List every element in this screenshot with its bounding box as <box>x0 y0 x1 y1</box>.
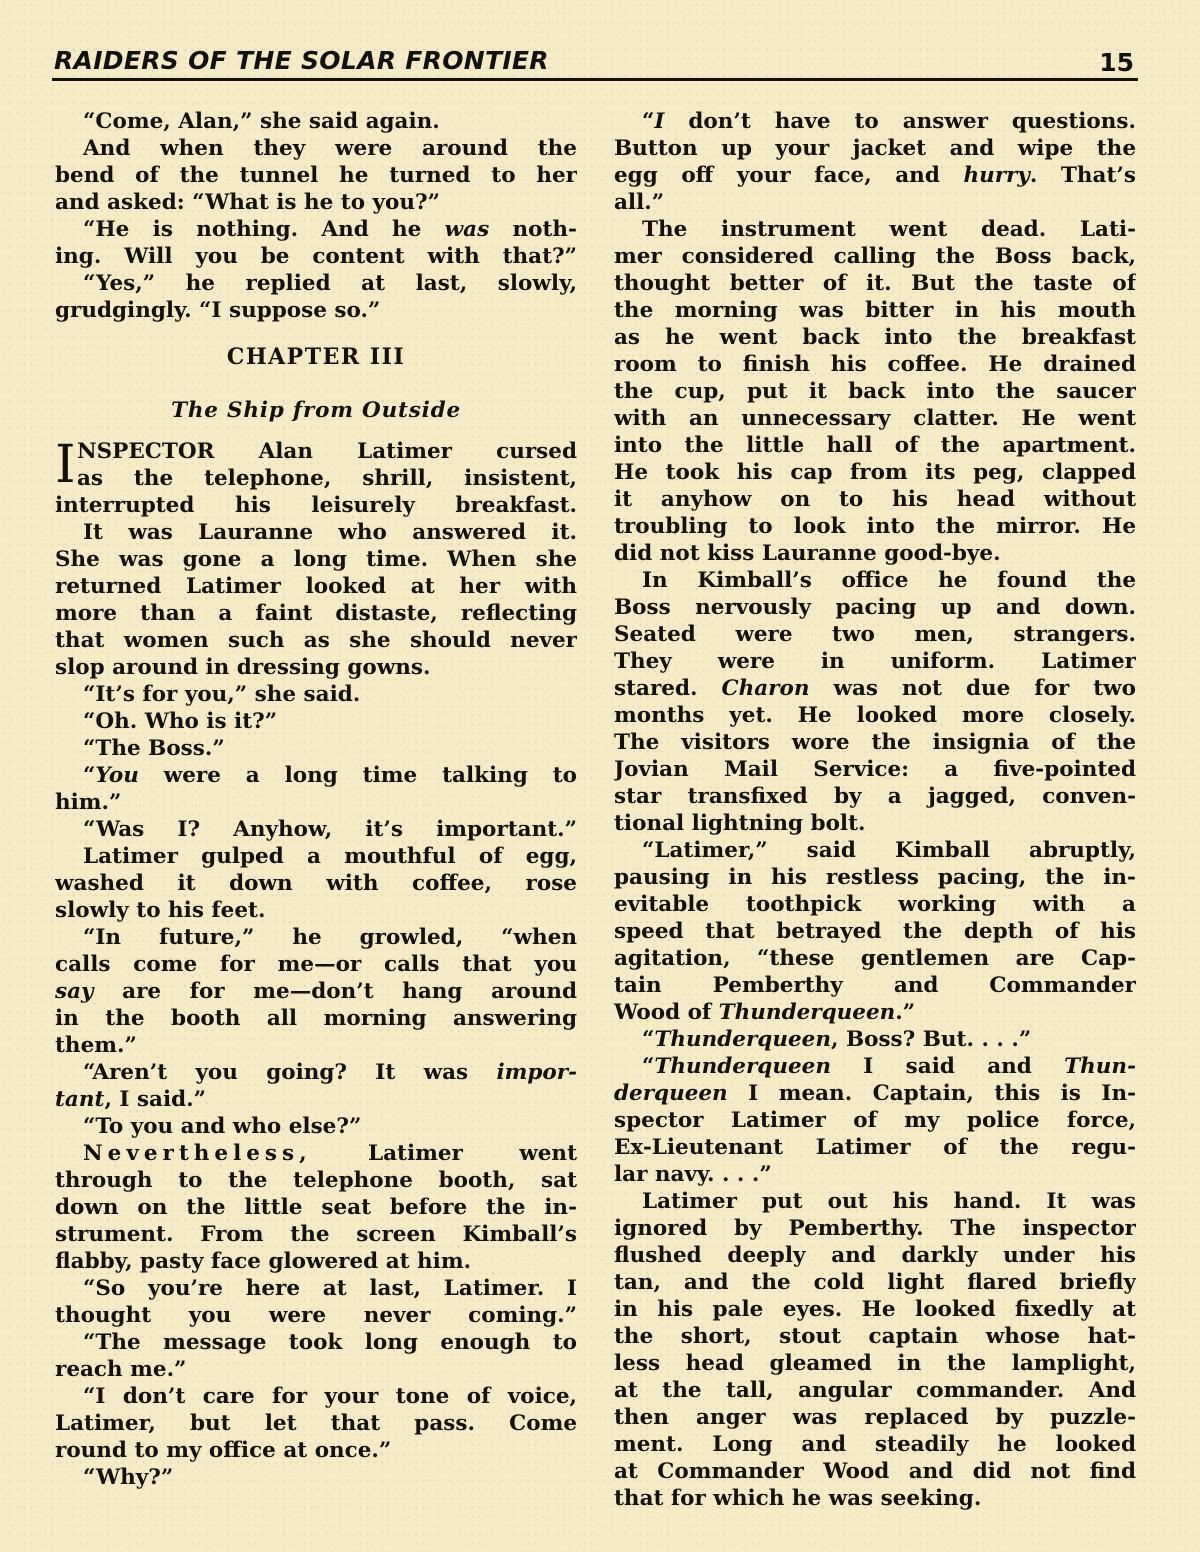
text-line: flushed deeply and darkly under his <box>614 1242 1136 1269</box>
text-line: through to the telephone booth, sat <box>55 1167 577 1194</box>
text-line: and asked: “What is he to you?” <box>55 189 577 216</box>
right-column: “I don’t have to answer questions.Button… <box>614 108 1136 1512</box>
running-title: RAIDERS OF THE SOLAR FRONTIER <box>54 46 549 75</box>
text-line: “So you’re here at last, Latimer. I <box>55 1275 577 1302</box>
text-line: all.” <box>614 189 1136 216</box>
text-line: agitation, “these gentlemen are Cap- <box>614 945 1136 972</box>
text-line: him.” <box>55 789 577 816</box>
text-line: ment. Long and steadily he looked <box>614 1431 1136 1458</box>
left-column-opening-text: “Come, Alan,” she said again.And when th… <box>55 108 577 324</box>
text-line: with an unnecessary clatter. He went <box>614 405 1136 432</box>
text-line: Wood of Thunderqueen.” <box>614 999 1136 1026</box>
text-line: months yet. He looked more closely. <box>614 702 1136 729</box>
text-line: “I don’t care for your tone of voice, <box>55 1383 577 1410</box>
text-line: And when they were around the <box>55 135 577 162</box>
text-line: did not kiss Lauranne good-bye. <box>614 540 1136 567</box>
text-line: They were in uniform. Latimer <box>614 648 1136 675</box>
text-line: “Why?” <box>55 1464 577 1491</box>
text-line: It was Lauranne who answered it. <box>55 519 577 546</box>
text-line: reach me.” <box>55 1356 577 1383</box>
text-line: slowly to his feet. <box>55 897 577 924</box>
text-line: “Latimer,” said Kimball abruptly, <box>614 837 1136 864</box>
text-line: “To you and who else?” <box>55 1113 577 1140</box>
text-line: Button up your jacket and wipe the <box>614 135 1136 162</box>
text-line: NSPECTOR Alan Latimer cursed <box>55 438 577 465</box>
text-line: the short, stout captain whose hat- <box>614 1323 1136 1350</box>
text-line: more than a faint distaste, reflecting <box>55 600 577 627</box>
text-line: tan, and the cold light flared briefly <box>614 1269 1136 1296</box>
text-line: calls come for me—or calls that you <box>55 951 577 978</box>
text-line: the cup, put it back into the saucer <box>614 378 1136 405</box>
text-line: Ex-Lieutenant Latimer of the regu- <box>614 1134 1136 1161</box>
text-line: “Thunderqueen I said and Thun- <box>614 1053 1136 1080</box>
text-line: spector Latimer of my police force, <box>614 1107 1136 1134</box>
text-line: then anger was replaced by puzzle- <box>614 1404 1136 1431</box>
text-line: as the telephone, shrill, insistent, <box>55 465 577 492</box>
text-line: “You were a long time talking to <box>55 762 577 789</box>
text-line: down on the little seat before the in- <box>55 1194 577 1221</box>
text-line: Latimer gulped a mouthful of egg, <box>55 843 577 870</box>
text-line: round to my office at once.” <box>55 1437 577 1464</box>
text-line: washed it down with coffee, rose <box>55 870 577 897</box>
chapter-heading: CHAPTER III <box>55 330 577 384</box>
text-line: “Come, Alan,” she said again. <box>55 108 577 135</box>
magazine-page: RAIDERS OF THE SOLAR FRONTIER 15 “Come, … <box>0 0 1200 1552</box>
text-line: tant, I said.” <box>55 1086 577 1113</box>
running-header: RAIDERS OF THE SOLAR FRONTIER 15 <box>52 44 1138 81</box>
text-line: “Oh. Who is it?” <box>55 708 577 735</box>
text-line: Latimer, but let that pass. Come <box>55 1410 577 1437</box>
text-line: “In future,” he growled, “when <box>55 924 577 951</box>
text-line: speed that betrayed the depth of his <box>614 918 1136 945</box>
drop-cap-lines: NSPECTOR Alan Latimer cursedas the telep… <box>55 438 577 492</box>
text-line: troubling to look into the mirror. He <box>614 513 1136 540</box>
text-line: “It’s for you,” she said. <box>55 681 577 708</box>
text-line: egg off your face, and hurry. That’s <box>614 162 1136 189</box>
page-number: 15 <box>1099 48 1134 77</box>
text-line: “The message took long enough to <box>55 1329 577 1356</box>
text-line: flabby, pasty face glowered at him. <box>55 1248 577 1275</box>
left-column-body-text: interrupted his leisurely breakfast.It w… <box>55 492 577 1491</box>
right-column-body-text: “I don’t have to answer questions.Button… <box>614 108 1136 1512</box>
text-line: in the booth all morning answering <box>55 1005 577 1032</box>
text-line: it anyhow on to his head without <box>614 486 1136 513</box>
text-line: “Thunderqueen, Boss? But. . . .” <box>614 1026 1136 1053</box>
text-line: less head gleamed in the lamplight, <box>614 1350 1136 1377</box>
text-line: into the little hall of the apartment. <box>614 432 1136 459</box>
chapter-opening: I NSPECTOR Alan Latimer cursedas the tel… <box>55 438 577 492</box>
text-line: Jovian Mail Service: a five-pointed <box>614 756 1136 783</box>
text-line: them.” <box>55 1032 577 1059</box>
text-line: thought you were never coming.” <box>55 1302 577 1329</box>
text-line: stared. Charon was not due for two <box>614 675 1136 702</box>
text-line: ignored by Pemberthy. The inspector <box>614 1215 1136 1242</box>
text-line: say are for me—don’t hang around <box>55 978 577 1005</box>
text-line: interrupted his leisurely breakfast. <box>55 492 577 519</box>
text-line: thought better of it. But the taste of <box>614 270 1136 297</box>
text-line: The visitors wore the insignia of the <box>614 729 1136 756</box>
text-line: Nevertheless, Latimer went <box>55 1140 577 1167</box>
drop-cap: I <box>55 438 76 492</box>
text-line: as he went back into the breakfast <box>614 324 1136 351</box>
text-line: tain Pemberthy and Commander <box>614 972 1136 999</box>
text-line: In Kimball’s office he found the <box>614 567 1136 594</box>
text-line: pausing in his restless pacing, the in- <box>614 864 1136 891</box>
text-line: returned Latimer looked at her with <box>55 573 577 600</box>
text-line: tional lightning bolt. <box>614 810 1136 837</box>
text-line: at the tall, angular commander. And <box>614 1377 1136 1404</box>
text-line: strument. From the screen Kimball’s <box>55 1221 577 1248</box>
text-line: star transfixed by a jagged, conven- <box>614 783 1136 810</box>
text-line: in his pale eyes. He looked fixedly at <box>614 1296 1136 1323</box>
text-line: grudgingly. “I suppose so.” <box>55 297 577 324</box>
text-line: that for which he was seeking. <box>614 1485 1136 1512</box>
text-line: derqueen I mean. Captain, this is In- <box>614 1080 1136 1107</box>
text-line: bend of the tunnel he turned to her <box>55 162 577 189</box>
text-line: slop around in dressing gowns. <box>55 654 577 681</box>
text-line: evitable toothpick working with a <box>614 891 1136 918</box>
text-line: at Commander Wood and did not find <box>614 1458 1136 1485</box>
text-line: The instrument went dead. Lati- <box>614 216 1136 243</box>
text-line: Latimer put out his hand. It was <box>614 1188 1136 1215</box>
text-line: that women such as she should never <box>55 627 577 654</box>
text-line: Seated were two men, strangers. <box>614 621 1136 648</box>
text-line: ing. Will you be content with that?” <box>55 243 577 270</box>
text-line: “He is nothing. And he was noth- <box>55 216 577 243</box>
text-line: “Aren’t you going? It was impor- <box>55 1059 577 1086</box>
text-line: mer considered calling the Boss back, <box>614 243 1136 270</box>
text-line: He took his cap from its peg, clapped <box>614 459 1136 486</box>
text-line: “The Boss.” <box>55 735 577 762</box>
chapter-subtitle: The Ship from Outside <box>55 384 577 438</box>
text-line: “I don’t have to answer questions. <box>614 108 1136 135</box>
text-line: “Yes,” he replied at last, slowly, <box>55 270 577 297</box>
text-line: “Was I? Anyhow, it’s important.” <box>55 816 577 843</box>
text-line: Boss nervously pacing up and down. <box>614 594 1136 621</box>
text-line: the morning was bitter in his mouth <box>614 297 1136 324</box>
text-line: She was gone a long time. When she <box>55 546 577 573</box>
text-line: lar navy. . . .” <box>614 1161 1136 1188</box>
left-column: “Come, Alan,” she said again.And when th… <box>55 108 577 1491</box>
text-line: room to finish his coffee. He drained <box>614 351 1136 378</box>
